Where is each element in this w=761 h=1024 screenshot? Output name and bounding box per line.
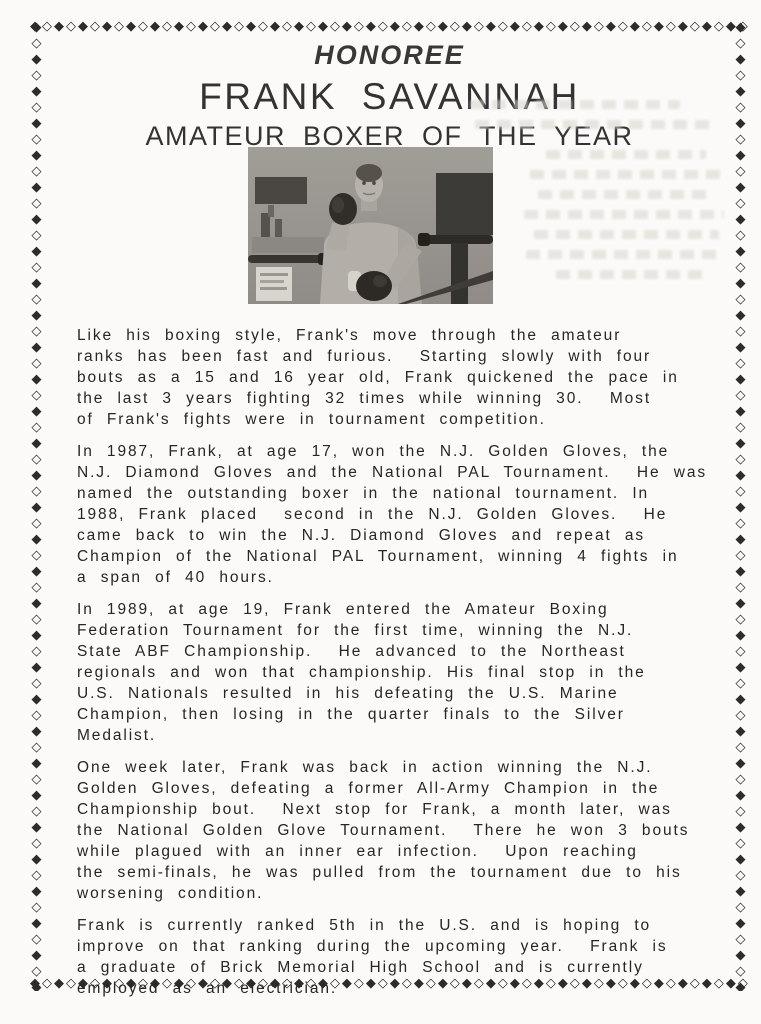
bio-paragraph-1: Like his boxing style, Frank's move thro… (77, 325, 722, 430)
biography-text: Like his boxing style, Frank's move thro… (77, 325, 722, 1010)
bio-paragraph-4: One week later, Frank was back in action… (77, 757, 722, 904)
bio-paragraph-5: Frank is currently ranked 5th in the U.S… (77, 915, 722, 999)
bio-paragraph-3: In 1989, at age 19, Frank entered the Am… (77, 599, 722, 746)
honoree-label: HONOREE (30, 40, 749, 71)
boxer-photo-graphic (248, 147, 493, 304)
bleed-through-lines-top (470, 100, 710, 140)
bleed-through-lines-right (516, 150, 730, 290)
decorative-border-top: ◆◇◆◇◆◇◆◇◆◇◆◇◆◇◆◇◆◇◆◇◆◇◆◇◆◇◆◇◆◇◆◇◆◇◆◇◆◇◆◇… (30, 19, 749, 34)
document-page: ◆◇◆◇◆◇◆◇◆◇◆◇◆◇◆◇◆◇◆◇◆◇◆◇◆◇◆◇◆◇◆◇◆◇◆◇◆◇◆◇… (0, 0, 761, 1024)
decorative-border-left: ◆◇◆◇◆◇◆◇◆◇◆◇◆◇◆◇◆◇◆◇◆◇◆◇◆◇◆◇◆◇◆◇◆◇◆◇◆◇◆◇… (30, 20, 45, 991)
honoree-photo (248, 147, 493, 304)
bio-paragraph-2: In 1987, Frank, at age 17, won the N.J. … (77, 441, 722, 588)
decorative-border-right: ◆◇◆◇◆◇◆◇◆◇◆◇◆◇◆◇◆◇◆◇◆◇◆◇◆◇◆◇◆◇◆◇◆◇◆◇◆◇◆◇… (734, 20, 749, 991)
